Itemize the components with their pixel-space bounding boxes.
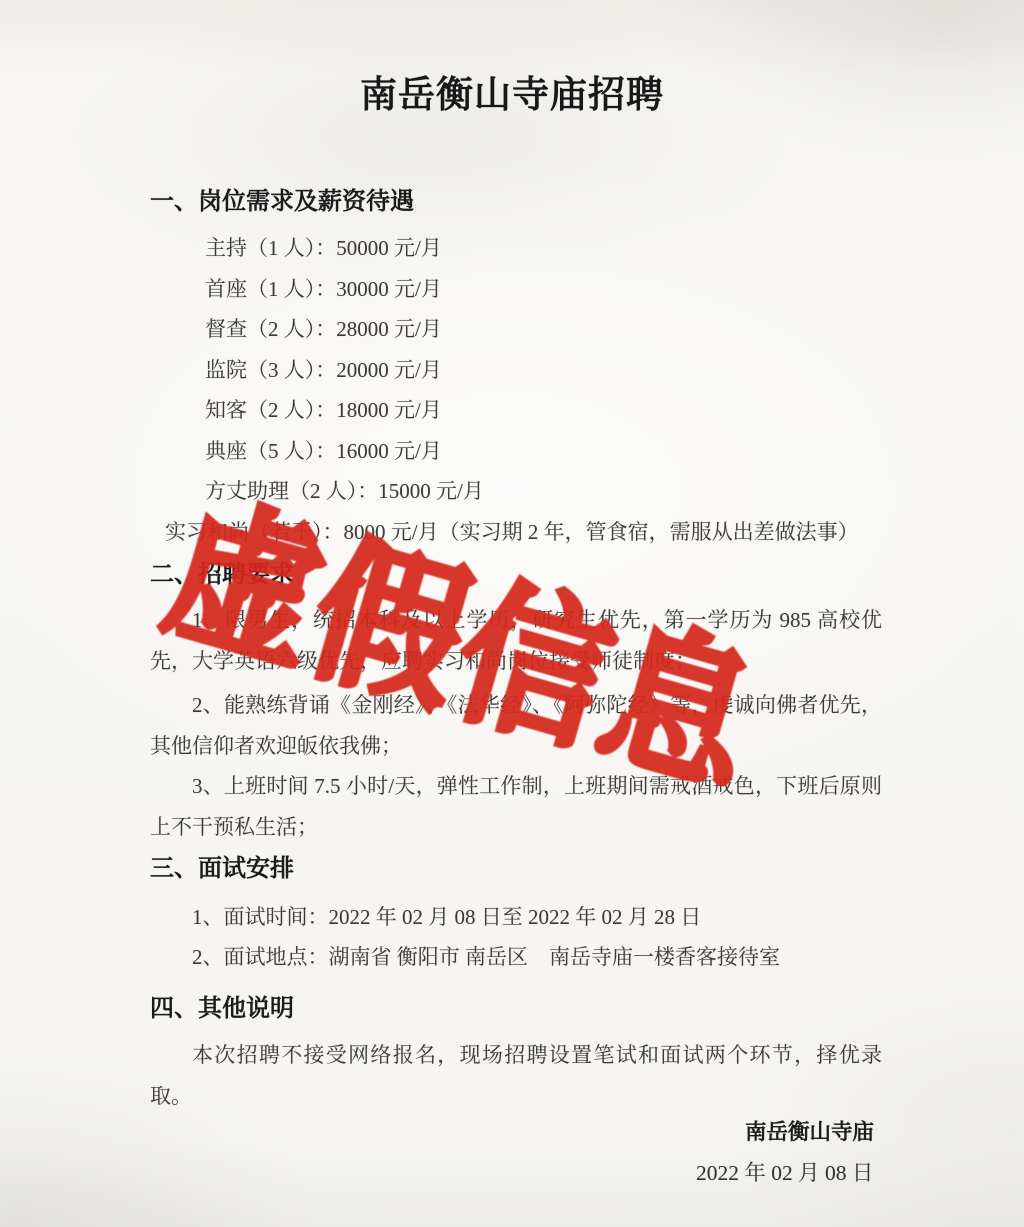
requirement-paragraph-3: 3、上班时间 7.5 小时/天，弹性工作制，上班期间需戒酒戒色，下班后原则上不干… [150,766,882,849]
section-heading-other: 四、其他说明 [150,997,294,1021]
interview-location-item: 2、面试地点：湖南省 衡阳市 南岳区 南岳寺庙一楼香客接待室 [150,947,910,968]
section-heading-positions: 一、岗位需求及薪资待遇 [150,190,414,214]
section-heading-requirements: 二、招聘要求 [150,563,294,587]
salary-item-zhuchi: 主持（1 人）：50000 元/月 [205,238,442,259]
requirement-paragraph-2: 2、能熟练背诵《金刚经》、《法华经》、《阿弥陀经》等，虔诚向佛者优先，其他信仰者… [150,685,882,768]
salary-item-jianyuan: 监院（3 人）：20000 元/月 [205,360,442,381]
salary-item-shixi-heshang: 实习和尚（若干）：8000 元/月（实习期 2 年，管食宿，需服从出差做法事） [165,522,859,543]
footer-organization: 南岳衡山寺庙 [745,1122,874,1144]
salary-item-dianzuo: 典座（5 人）：16000 元/月 [205,441,442,462]
page-title: 南岳衡山寺庙招聘 [0,76,1024,113]
salary-item-zhike: 知客（2 人）：18000 元/月 [205,400,442,421]
document-page: 南岳衡山寺庙招聘 一、岗位需求及薪资待遇 主持（1 人）：50000 元/月 首… [0,0,1024,1227]
interview-time-item: 1、面试时间：2022 年 02 月 08 日至 2022 年 02 月 28 … [150,907,910,928]
section-heading-interview: 三、面试安排 [150,857,294,881]
salary-item-shouzuo: 首座（1 人）：30000 元/月 [205,279,442,300]
footer-date: 2022 年 02 月 08 日 [696,1163,873,1185]
requirement-paragraph-1: 1、限男生，统招本科及以上学历，研究生优先，第一学历为 985 高校优先，大学英… [150,600,882,683]
other-note: 本次招聘不接受网络报名，现场招聘设置笔试和面试两个环节，择优录取。 [150,1035,882,1118]
salary-item-fangzhang-zhuli: 方丈助理（2 人）：15000 元/月 [205,481,484,502]
salary-item-ducha: 督查（2 人）：28000 元/月 [205,319,442,340]
